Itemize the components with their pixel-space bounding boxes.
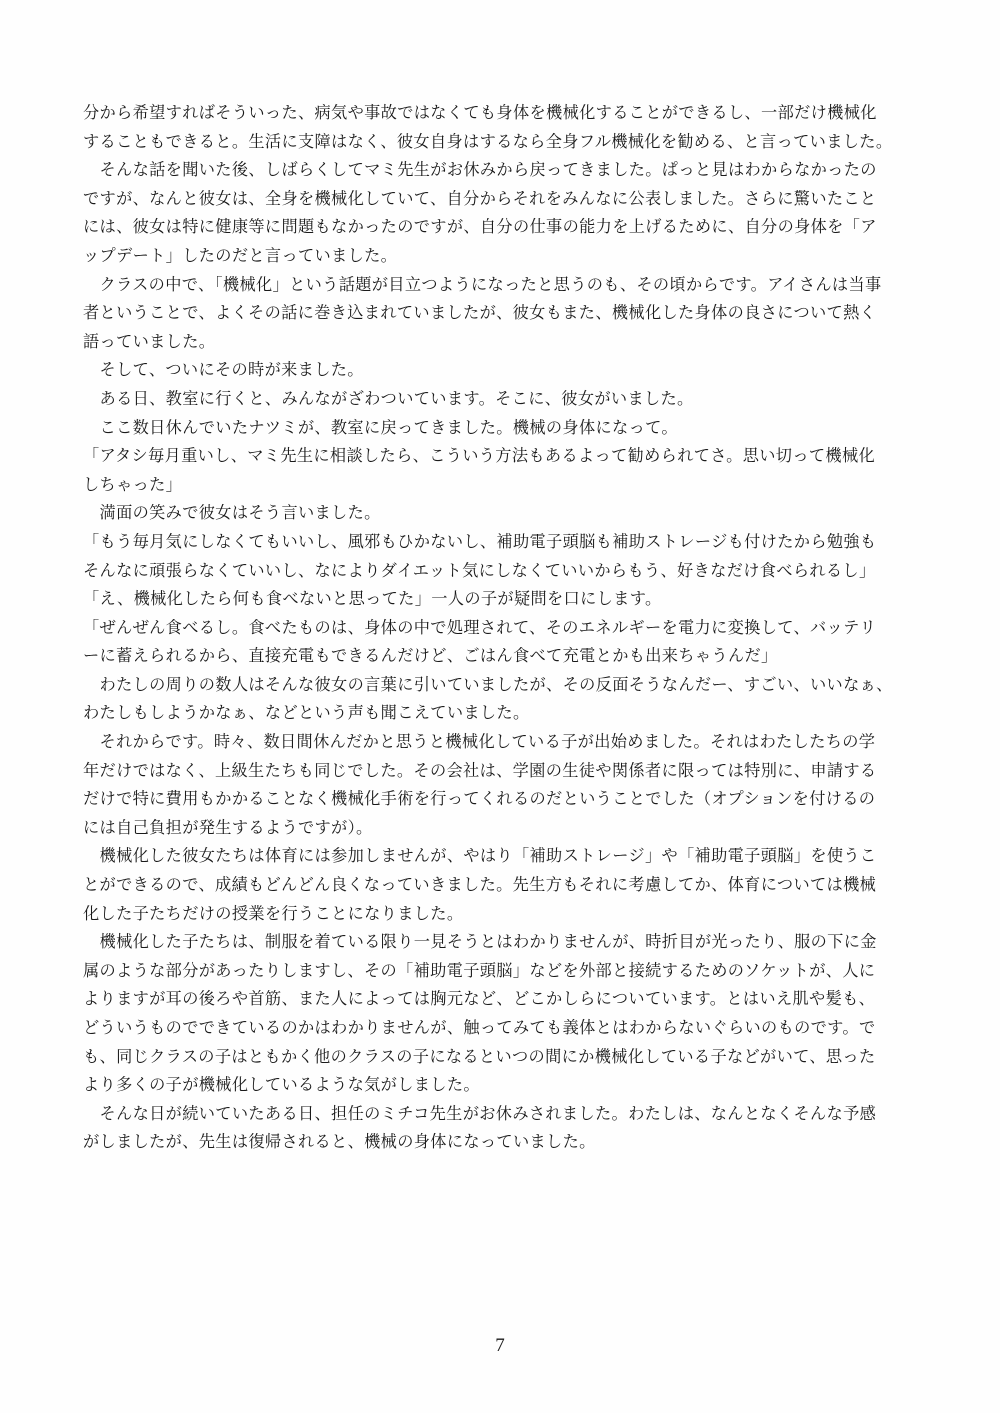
document-page: 分から希望すればそういった、病気や事故ではなくても身体を機械化することができるし… xyxy=(0,0,1000,1413)
text-line: しちゃった」 xyxy=(83,471,919,500)
text-line: がしましたが、先生は復帰されると、機械の身体になっていました。 xyxy=(83,1128,919,1157)
text-line: 分から希望すればそういった、病気や事故ではなくても身体を機械化することができるし… xyxy=(83,99,919,128)
text-line: どういうものでできているのかはわかりませんが、触ってみても義体とはわからないぐら… xyxy=(83,1014,919,1043)
text-line: そんな日が続いていたある日、担任のミチコ先生がお休みされました。わたしは、なんと… xyxy=(83,1100,919,1129)
text-line: より多くの子が機械化しているような気がしました。 xyxy=(83,1071,919,1100)
text-line: することもできると。生活に支障はなく、彼女自身はするなら全身フル機械化を勧める、… xyxy=(83,128,919,157)
text-line: クラスの中で、「機械化」という話題が目立つようになったと思うのも、その頃からです… xyxy=(83,271,919,300)
text-line: よりますが耳の後ろや首筋、また人によっては胸元など、どこかしらについています。と… xyxy=(83,985,919,1014)
text-line: 「アタシ毎月重いし、マミ先生に相談したら、こういう方法もあるよって勧められてさ。… xyxy=(83,442,919,471)
text-line: そして、ついにその時が来ました。 xyxy=(83,356,919,385)
text-line xyxy=(83,1157,919,1186)
text-line: 機械化した子たちは、制服を着ている限り一見そうとはわかりませんが、時折目が光った… xyxy=(83,928,919,957)
body-text: 分から希望すればそういった、病気や事故ではなくても身体を機械化することができるし… xyxy=(83,99,919,1186)
text-line: 「ぜんぜん食べるし。食べたものは、身体の中で処理されて、そのエネルギーを電力に変… xyxy=(83,614,919,643)
text-line: ある日、教室に行くと、みんながざわついています。そこに、彼女がいました。 xyxy=(83,385,919,414)
text-line: には自己負担が発生するようですが）。 xyxy=(83,814,919,843)
text-line: ここ数日休んでいたナツミが、教室に戻ってきました。機械の身体になって。 xyxy=(83,414,919,443)
text-line: 「もう毎月気にしなくてもいいし、風邪もひかないし、補助電子頭脳も補助ストレージも… xyxy=(83,528,919,557)
text-line: ップデート」したのだと言っていました。 xyxy=(83,242,919,271)
text-line: そんなに頑張らなくていいし、なによりダイエット気にしなくていいからもう、好きなだ… xyxy=(83,557,919,586)
text-line: だけで特に費用もかかることなく機械化手術を行ってくれるのだということでした（オプ… xyxy=(83,785,919,814)
text-line: 機械化した彼女たちは体育には参加しませんが、やはり「補助ストレージ」や「補助電子… xyxy=(83,842,919,871)
text-line: も、同じクラスの子はともかく他のクラスの子になるといつの間にか機械化している子な… xyxy=(83,1043,919,1072)
text-line: ーに蓄えられるから、直接充電もできるんだけど、ごはん食べて充電とかも出来ちゃうん… xyxy=(83,642,919,671)
text-line: 「え、機械化したら何も食べないと思ってた」一人の子が疑問を口にします。 xyxy=(83,585,919,614)
text-line: とができるので、成績もどんどん良くなっていきました。先生方もそれに考慮してか、体… xyxy=(83,871,919,900)
text-line: それからです。時々、数日間休んだかと思うと機械化している子が出始めました。それは… xyxy=(83,728,919,757)
text-line: わたしもしようかなぁ、などという声も聞こえていました。 xyxy=(83,699,919,728)
text-line: 年だけではなく、上級生たちも同じでした。その会社は、学園の生徒や関係者に限っては… xyxy=(83,757,919,786)
text-line: には、彼女は特に健康等に問題もなかったのですが、自分の仕事の能力を上げるために、… xyxy=(83,213,919,242)
text-line: 属のような部分があったりしますし、その「補助電子頭脳」などを外部と接続するための… xyxy=(83,957,919,986)
text-line: 化した子たちだけの授業を行うことになりました。 xyxy=(83,900,919,929)
text-line: 者ということで、よくその話に巻き込まれていましたが、彼女もまた、機械化した身体の… xyxy=(83,299,919,328)
text-line: ですが、なんと彼女は、全身を機械化していて、自分からそれをみんなに公表しました。… xyxy=(83,185,919,214)
text-line: 満面の笑みで彼女はそう言いました。 xyxy=(83,499,919,528)
text-line: 語っていました。 xyxy=(83,328,919,357)
text-line: そんな話を聞いた後、しばらくしてマミ先生がお休みから戻ってきました。ぱっと見はわ… xyxy=(83,156,919,185)
text-line: わたしの周りの数人はそんな彼女の言葉に引いていましたが、その反面そうなんだー、す… xyxy=(83,671,919,700)
page-number: 7 xyxy=(0,1334,1000,1358)
